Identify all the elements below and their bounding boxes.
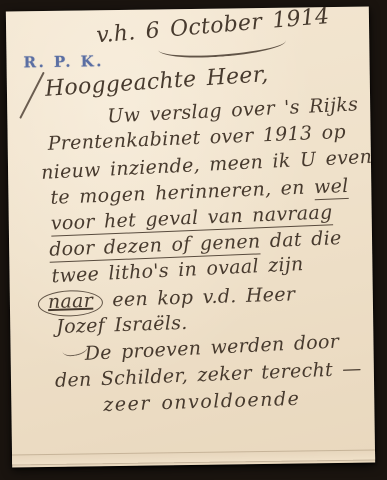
- letter-line-9: Jozef Israëls.: [56, 314, 188, 337]
- pen-flourish-salutation: [19, 72, 44, 119]
- rpk-collection-stamp: R. P. K.: [23, 52, 104, 71]
- letter-paper: v.h. 6 October 1914 R. P. K. Hooggeachte…: [6, 6, 375, 467]
- letter-line-11: den Schilder, zeker terecht —: [55, 360, 362, 391]
- letter-line-8-text: een kop v.d. Heer: [103, 283, 296, 311]
- paper-bottom-edge: [12, 449, 375, 464]
- date-line: v.h. 6 October 1914: [96, 6, 331, 47]
- scan-background: v.h. 6 October 1914 R. P. K. Hooggeachte…: [0, 0, 387, 480]
- letter-line-12: zeer onvoldoende: [103, 390, 301, 415]
- circled-word-naar: naar: [38, 289, 104, 317]
- letter-line-6-text: dat die: [260, 227, 342, 252]
- underlined-word-wel: wel: [314, 175, 349, 200]
